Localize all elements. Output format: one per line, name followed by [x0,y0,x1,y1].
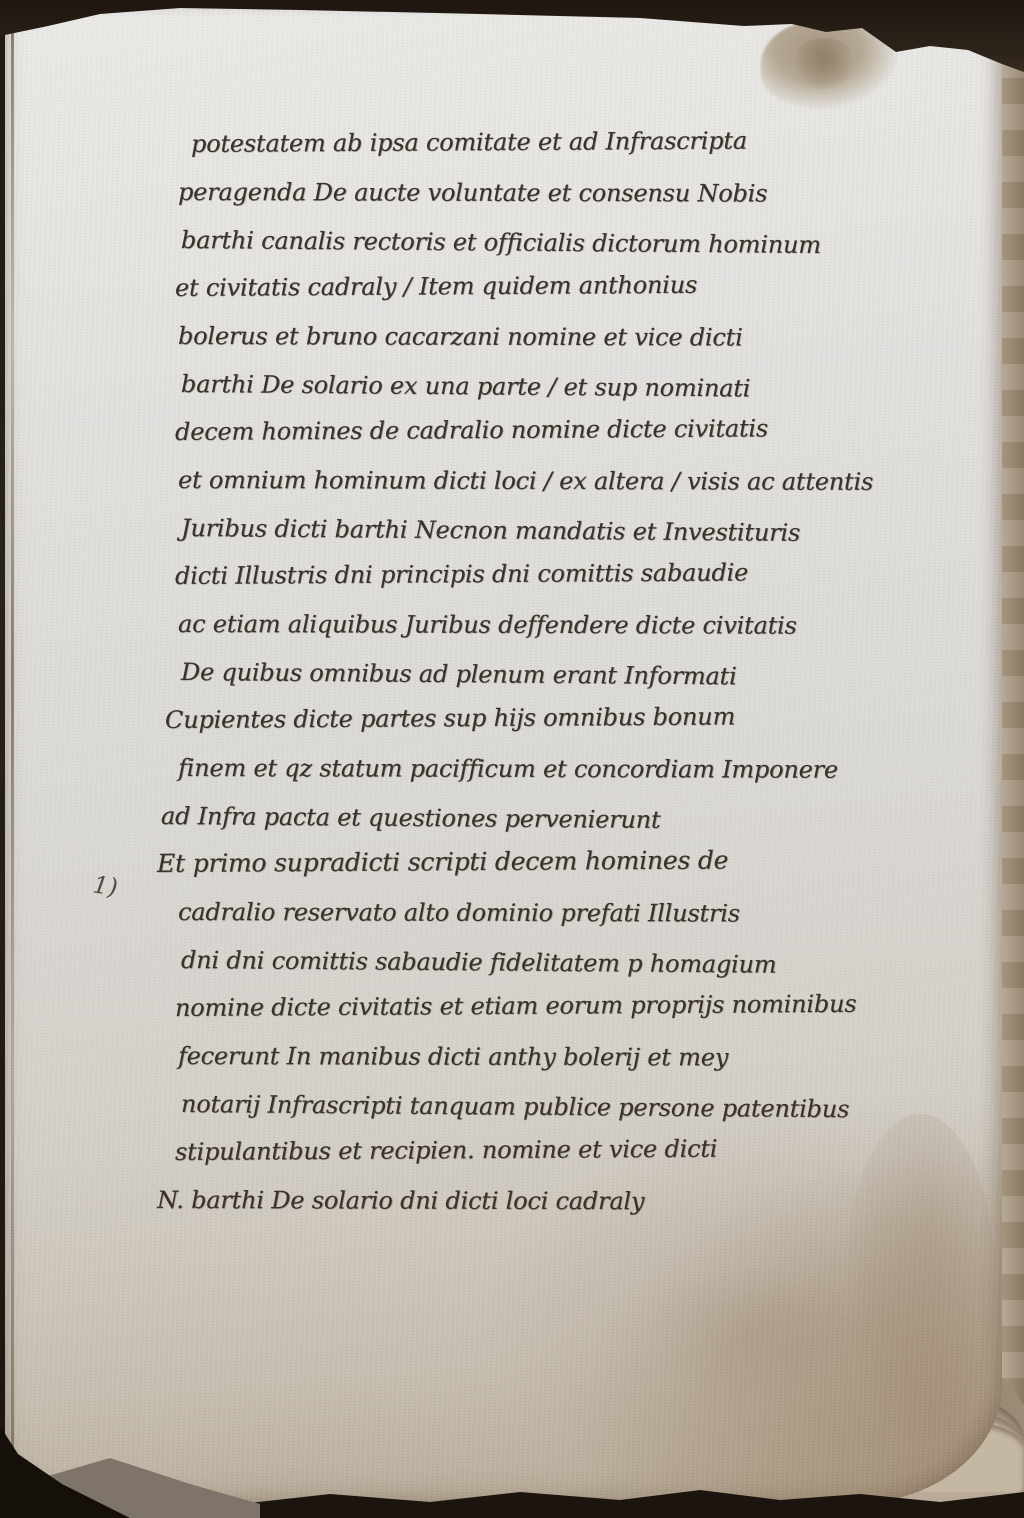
gutter-fold-line [11,4,14,1504]
text-line: peragenda De aucte voluntate et consensu… [178,168,885,218]
text-line: Cupientes dicte partes sup hijs omnibus … [165,692,885,744]
margin-mark: 1) [91,870,119,901]
text-line: fecerunt In manibus dicti anthy bolerij … [178,1032,885,1082]
text-line: cadralio reservato alto dominio prefati … [178,888,885,938]
manuscript-photo: 1) potestatem ab ipsa comitate et ad Inf… [0,0,1024,1518]
manuscript-page: 1) potestatem ab ipsa comitate et ad Inf… [5,4,1002,1504]
text-line: bolerus et bruno cacarzani nomine et vic… [178,312,885,362]
text-line: Et primo supradicti scripti decem homine… [157,836,885,888]
text-line: et omnium hominum dicti loci / ex altera… [178,456,885,506]
manuscript-text-block: potestatem ab ipsa comitate et ad Infras… [175,120,885,1224]
text-line: N. barthi De solario dni dicti loci cadr… [157,1176,885,1226]
text-line: ac etiam aliquibus Juribus deffendere di… [178,600,885,650]
text-line: finem et qz statum pacifficum et concord… [178,744,885,794]
text-line: stipulantibus et recipien. nomine et vic… [175,1124,885,1176]
text-line: potestatem ab ipsa comitate et ad Infras… [191,116,885,168]
text-line: et civitatis cadraly / Item quidem antho… [175,260,885,312]
foxing-stain [645,1264,865,1404]
text-line: nomine dicte civitatis et etiam eorum pr… [175,980,885,1032]
text-line: decem homines de cadralio nomine dicte c… [175,404,885,456]
text-line: dicti Illustris dni principis dni comitt… [175,548,885,600]
